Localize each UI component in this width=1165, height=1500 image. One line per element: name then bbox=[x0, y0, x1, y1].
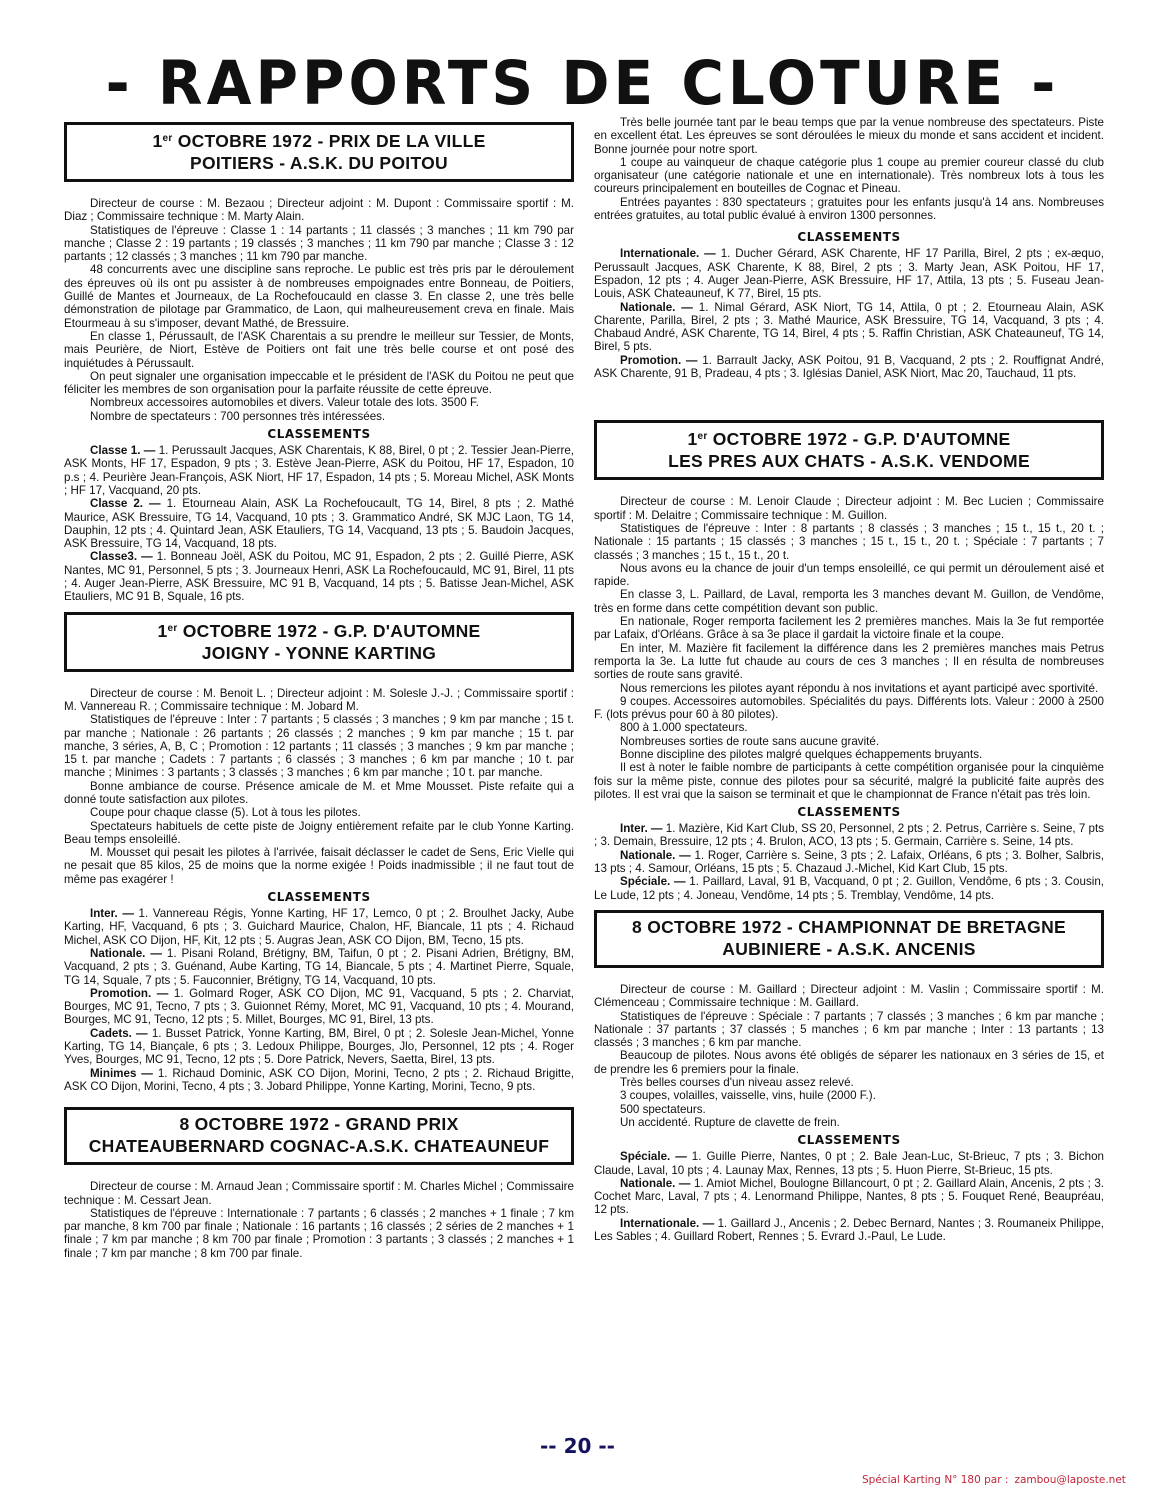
paragraph: Directeur de course : M. Arnaud Jean ; C… bbox=[64, 1180, 574, 1207]
classements-heading: CLASSEMENTS bbox=[594, 1133, 1104, 1147]
heading-line-1: OCTOBRE 1972 - GRAND PRIX bbox=[189, 1114, 458, 1134]
result-category: Classe 2. — bbox=[90, 497, 161, 510]
paragraph: 48 concurrents avec une discipline sans … bbox=[64, 263, 574, 329]
paragraph: Beaucoup de pilotes. Nous avons été obli… bbox=[594, 1049, 1104, 1076]
heading-line-1: OCTOBRE 1972 - CHAMPIONNAT DE BRETAGNE bbox=[642, 917, 1066, 937]
paragraph: Très belle journée tant par le beau temp… bbox=[594, 116, 1104, 156]
section-heading: 1er OCTOBRE 1972 - PRIX DE LA VILLE POIT… bbox=[64, 122, 574, 182]
report-chateaubernard: 8 OCTOBRE 1972 - GRAND PRIX CHATEAUBERNA… bbox=[64, 1107, 574, 1260]
result-category: Inter. — bbox=[90, 907, 134, 920]
result-entry: Promotion. — 1. Golmard Roger, ASK CO Di… bbox=[64, 987, 574, 1027]
paragraph: En classe 1, Pérussault, de l'ASK Charen… bbox=[64, 330, 574, 370]
result-entry: Classe3. — 1. Bonneau Joël, ASK du Poito… bbox=[64, 550, 574, 603]
report-vendome: 1er OCTOBRE 1972 - G.P. D'AUTOMNE LES PR… bbox=[594, 420, 1104, 902]
result-entry: Internationale. — 1. Gaillard J., Anceni… bbox=[594, 1217, 1104, 1244]
result-entry: Nationale. — 1. Nimal Gérard, ASK Niort,… bbox=[594, 301, 1104, 354]
heading-line-2: CHATEAUBERNARD COGNAC-A.S.K. CHATEAUNEUF bbox=[89, 1136, 550, 1156]
heading-date-day: 1 bbox=[687, 429, 697, 449]
report-poitiers: 1er OCTOBRE 1972 - PRIX DE LA VILLE POIT… bbox=[64, 122, 574, 604]
result-entry: Nationale. — 1. Pisani Roland, Brétigny,… bbox=[64, 947, 574, 987]
result-category: Nationale. — bbox=[620, 849, 691, 862]
result-category: Nationale. — bbox=[620, 301, 693, 314]
report-chateaubernard-continued: Très belle journée tant par le beau temp… bbox=[594, 116, 1104, 380]
classements-heading: CLASSEMENTS bbox=[64, 890, 574, 904]
section-heading: 8 OCTOBRE 1972 - CHAMPIONNAT DE BRETAGNE… bbox=[594, 910, 1104, 968]
result-category: Spéciale. — bbox=[620, 875, 686, 888]
paragraph: Nous remercions les pilotes ayant répond… bbox=[594, 682, 1104, 695]
result-entry: Classe 1. — 1. Perussault Jacques, ASK C… bbox=[64, 444, 574, 497]
paragraph: Directeur de course : M. Lenoir Claude ;… bbox=[594, 495, 1104, 522]
result-category: Classe 1. — bbox=[90, 444, 155, 457]
result-category: Internationale. — bbox=[620, 247, 716, 260]
result-entry: Cadets. — 1. Busset Patrick, Yonne Karti… bbox=[64, 1027, 574, 1067]
paragraph: Nombreux accessoires automobiles et dive… bbox=[64, 396, 574, 409]
result-entry: Classe 2. — 1. Etourneau Alain, ASK La R… bbox=[64, 497, 574, 550]
heading-line-1: OCTOBRE 1972 - G.P. D'AUTOMNE bbox=[708, 429, 1011, 449]
section-heading: 1er OCTOBRE 1972 - G.P. D'AUTOMNE LES PR… bbox=[594, 420, 1104, 480]
result-category: Nationale. — bbox=[90, 947, 162, 960]
result-category: Internationale. — bbox=[620, 1217, 714, 1230]
result-entry: Inter. — 1. Vannereau Régis, Yonne Karti… bbox=[64, 907, 574, 947]
right-column: Très belle journée tant par le beau temp… bbox=[594, 116, 1104, 1243]
heading-line-2: LES PRES AUX CHATS - A.S.K. VENDOME bbox=[668, 451, 1030, 471]
paragraph: Spectateurs habituels de cette piste de … bbox=[64, 820, 574, 847]
paragraph: Directeur de course : M. Gaillard ; Dire… bbox=[594, 983, 1104, 1010]
paragraph: En inter, M. Mazière fit facilement la d… bbox=[594, 642, 1104, 682]
result-entry: Minimes — 1. Richaud Dominic, ASK CO Dij… bbox=[64, 1067, 574, 1094]
scan-credit: Spécial Karting N° 180 par :zambou@lapos… bbox=[862, 1474, 1126, 1486]
paragraph: Coupe pour chaque classe (5). Lot à tous… bbox=[64, 806, 574, 819]
heading-line-2: POITIERS - A.S.K. DU POITOU bbox=[190, 153, 448, 173]
heading-date-day: 1 bbox=[152, 131, 162, 151]
paragraph: Bonne discipline des pilotes malgré quel… bbox=[594, 748, 1104, 761]
heading-date-sup: er bbox=[698, 431, 708, 442]
paragraph: On peut signaler une organisation impecc… bbox=[64, 370, 574, 397]
result-text: 1. Vannereau Régis, Yonne Karting, HF 17… bbox=[64, 907, 574, 947]
paragraph: 800 à 1.000 spectateurs. bbox=[594, 721, 1104, 734]
paragraph: Statistiques de l'épreuve : Spéciale : 7… bbox=[594, 1010, 1104, 1050]
classements-heading: CLASSEMENTS bbox=[64, 427, 574, 441]
result-entry: Spéciale. — 1. Paillard, Laval, 91 B, Va… bbox=[594, 875, 1104, 902]
result-entry: Spéciale. — 1. Guille Pierre, Nantes, 0 … bbox=[594, 1150, 1104, 1177]
report-ancenis: 8 OCTOBRE 1972 - CHAMPIONNAT DE BRETAGNE… bbox=[594, 910, 1104, 1243]
heading-date-sup: er bbox=[162, 133, 172, 144]
result-category: Classe3. — bbox=[90, 550, 153, 563]
heading-date-day: 8 bbox=[179, 1114, 189, 1134]
paragraph: En classe 3, L. Paillard, de Laval, remp… bbox=[594, 588, 1104, 615]
classements-heading: CLASSEMENTS bbox=[594, 230, 1104, 244]
paragraph: Entrées payantes : 830 spectateurs ; gra… bbox=[594, 196, 1104, 223]
result-entry: Inter. — 1. Mazière, Kid Kart Club, SS 2… bbox=[594, 822, 1104, 849]
page-title: - RAPPORTS DE CLOTURE - bbox=[0, 48, 1165, 117]
heading-line-1: OCTOBRE 1972 - PRIX DE LA VILLE bbox=[173, 131, 486, 151]
result-category: Minimes — bbox=[90, 1067, 153, 1080]
paragraph: En nationale, Roger remporta facilement … bbox=[594, 615, 1104, 642]
paragraph: 500 spectateurs. bbox=[594, 1103, 1104, 1116]
result-category: Nationale. — bbox=[620, 1177, 691, 1190]
paragraph: M. Mousset qui pesait les pilotes à l'ar… bbox=[64, 846, 574, 886]
page-number: -- 20 -- bbox=[540, 1434, 615, 1458]
paragraph: 3 coupes, volailles, vaisselle, vins, hu… bbox=[594, 1089, 1104, 1102]
heading-line-2: JOIGNY - YONNE KARTING bbox=[202, 643, 436, 663]
result-category: Promotion. — bbox=[90, 987, 168, 1000]
paragraph: Nous avons eu la chance de jouir d'un te… bbox=[594, 562, 1104, 589]
report-joigny: 1er OCTOBRE 1972 - G.P. D'AUTOMNE JOIGNY… bbox=[64, 612, 574, 1094]
result-category: Cadets. — bbox=[90, 1027, 148, 1040]
heading-line-2: AUBINIERE - A.S.K. ANCENIS bbox=[722, 939, 975, 959]
paragraph: Statistiques de l'épreuve : Internationa… bbox=[64, 1207, 574, 1260]
result-entry: Nationale. — 1. Amiot Michel, Boulogne B… bbox=[594, 1177, 1104, 1217]
paragraph: Statistiques de l'épreuve : Classe 1 : 1… bbox=[64, 224, 574, 264]
result-text: 1. Mazière, Kid Kart Club, SS 20, Person… bbox=[594, 822, 1104, 848]
heading-date-day: 1 bbox=[157, 621, 167, 641]
paragraph: Statistiques de l'épreuve : Inter : 7 pa… bbox=[64, 713, 574, 779]
heading-date-sup: er bbox=[168, 623, 178, 634]
result-category: Spéciale. — bbox=[620, 1150, 687, 1163]
paragraph: Nombreuses sorties de route sans aucune … bbox=[594, 735, 1104, 748]
result-entry: Nationale. — 1. Roger, Carrière s. Seine… bbox=[594, 849, 1104, 876]
section-heading: 8 OCTOBRE 1972 - GRAND PRIX CHATEAUBERNA… bbox=[64, 1107, 574, 1165]
heading-line-1: OCTOBRE 1972 - G.P. D'AUTOMNE bbox=[178, 621, 481, 641]
paragraph: Bonne ambiance de course. Présence amica… bbox=[64, 780, 574, 807]
paragraph: Statistiques de l'épreuve : Inter : 8 pa… bbox=[594, 522, 1104, 562]
result-category: Promotion. — bbox=[620, 354, 698, 367]
paragraph: 1 coupe au vainqueur de chaque catégorie… bbox=[594, 156, 1104, 196]
paragraph: Nombre de spectateurs : 700 personnes tr… bbox=[64, 410, 574, 423]
paragraph: 9 coupes. Accessoires automobiles. Spéci… bbox=[594, 695, 1104, 722]
section-heading: 1er OCTOBRE 1972 - G.P. D'AUTOMNE JOIGNY… bbox=[64, 612, 574, 672]
heading-date-day: 8 bbox=[632, 917, 642, 937]
result-entry: Internationale. — 1. Ducher Gérard, ASK … bbox=[594, 247, 1104, 300]
paragraph: Un accidenté. Rupture de clavette de fre… bbox=[594, 1116, 1104, 1129]
paragraph: Directeur de course : M. Bezaou ; Direct… bbox=[64, 197, 574, 224]
classements-heading: CLASSEMENTS bbox=[594, 805, 1104, 819]
credit-email: zambou@laposte.net bbox=[1014, 1474, 1125, 1486]
paragraph: Très belles courses d'un niveau assez re… bbox=[594, 1076, 1104, 1089]
paragraph: Il est à noter le faible nombre de parti… bbox=[594, 761, 1104, 801]
result-entry: Promotion. — 1. Barrault Jacky, ASK Poit… bbox=[594, 354, 1104, 381]
credit-label: Spécial Karting N° 180 par : bbox=[862, 1474, 1008, 1486]
paragraph: Directeur de course : M. Benoit L. ; Dir… bbox=[64, 687, 574, 714]
result-category: Inter. — bbox=[620, 822, 663, 835]
left-column: 1er OCTOBRE 1972 - PRIX DE LA VILLE POIT… bbox=[64, 118, 574, 1260]
